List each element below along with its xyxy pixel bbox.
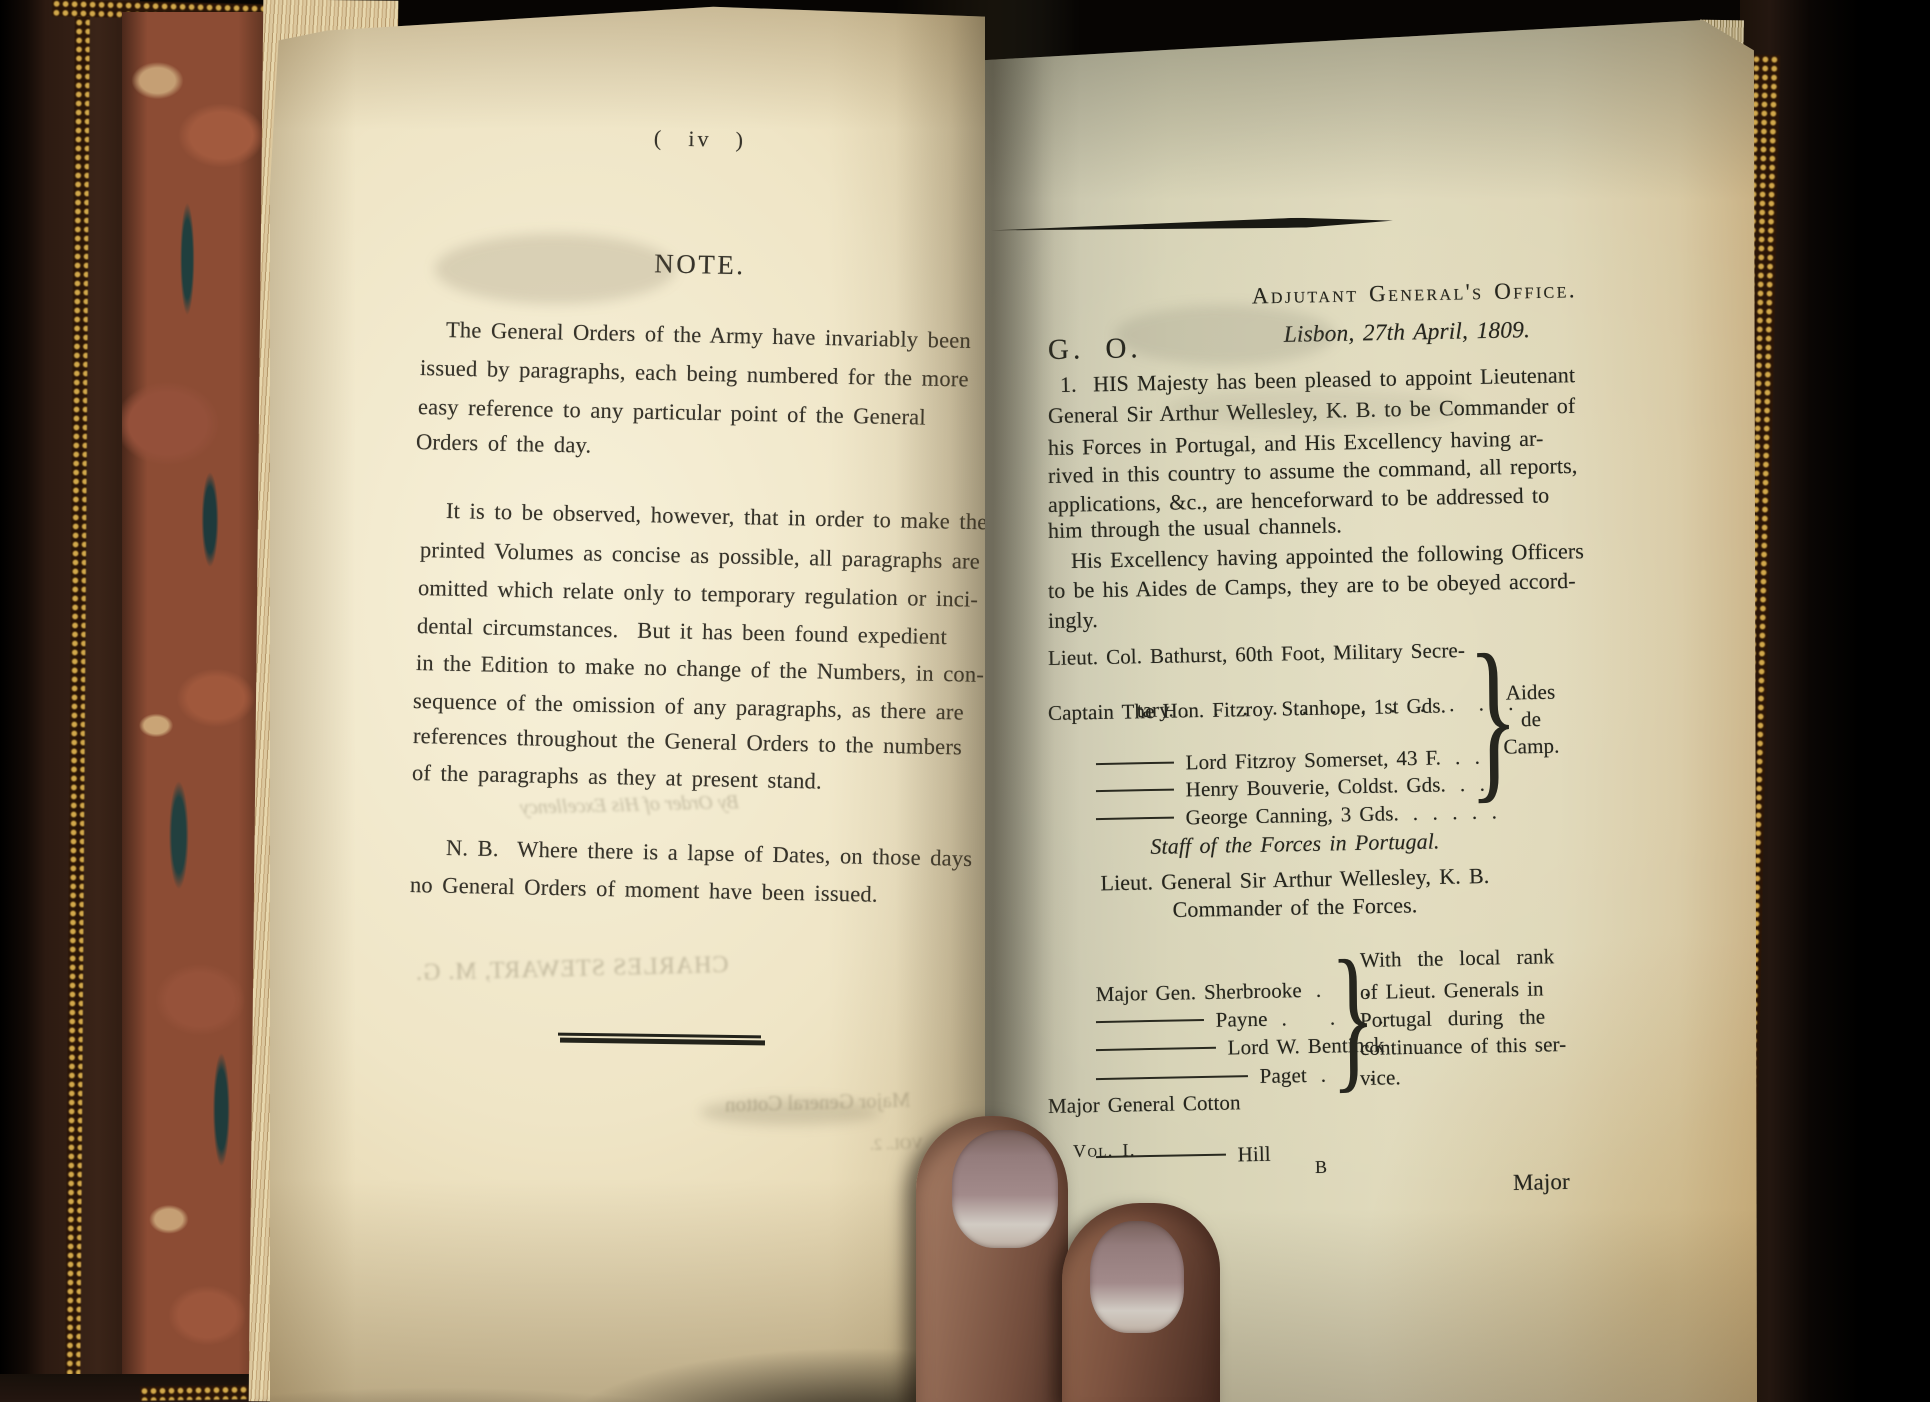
ditto-dash	[1096, 817, 1174, 820]
showthrough-smudge	[435, 234, 675, 304]
list-item-label: Hill	[1237, 1142, 1271, 1167]
showthrough-text: By Order of His Excellency	[520, 791, 740, 820]
brace-label-line: Aides	[1505, 680, 1555, 705]
text-line: omitted which relate only to temporary r…	[418, 575, 979, 613]
brace-label-line: Camp.	[1503, 734, 1559, 759]
local-rank-note: vice.	[1360, 1065, 1401, 1091]
showthrough-smudge	[1165, 388, 1465, 428]
volume-label: Vol. I.	[1073, 1140, 1136, 1162]
fingernail	[1090, 1221, 1184, 1333]
folio-label: ( iv )	[450, 121, 950, 157]
list-item: Major General Cotton	[1048, 1090, 1241, 1119]
text-line: him through the usual channels.	[1048, 512, 1342, 544]
catchword: Major	[1513, 1169, 1570, 1196]
local-rank-note: of Lieut. Generals in	[1360, 976, 1544, 1005]
thumb	[916, 1116, 1068, 1402]
ditto-dash	[1096, 1075, 1248, 1080]
text-line: N. B. Where there is a lapse of Dates, o…	[446, 835, 973, 872]
text-line: issued by paragraphs, each being numbere…	[420, 355, 969, 392]
text-line: sequence of the omission of any paragrap…	[413, 688, 964, 726]
book-photo: ( iv ) NOTE. The General Orders of the A…	[0, 0, 1930, 1402]
showthrough-text: VOL. 2.	[870, 1135, 923, 1154]
left-page: ( iv ) NOTE. The General Orders of the A…	[270, 4, 985, 1402]
right-page: Adjutant General's Office. Lisbon, 27th …	[985, 20, 1757, 1402]
office-heading: Adjutant General's Office.	[1225, 277, 1577, 310]
thumbnail	[952, 1130, 1058, 1248]
showthrough-text: CHARLES STEWART, M. G.	[415, 952, 729, 987]
text-line: in the Edition to make no change of the …	[416, 650, 985, 688]
text-line: easy reference to any particular point o…	[418, 394, 926, 431]
text-line: of the paragraphs as they at present sta…	[412, 760, 822, 795]
brace-label-line: de	[1521, 707, 1541, 731]
showthrough-smudge	[700, 1099, 880, 1125]
text-line: references throughout the General Orders…	[413, 723, 963, 760]
list-item: Lieut. Col. Bathurst, 60th Foot, Militar…	[1048, 638, 1465, 671]
text-line: The General Orders of the Army have inva…	[446, 317, 971, 354]
signature-mark: B	[1315, 1157, 1328, 1178]
text-line: Orders of the day.	[416, 429, 592, 459]
text-line: no General Orders of moment have been is…	[410, 872, 878, 908]
finger	[1062, 1203, 1220, 1402]
local-rank-note: Portugal during the	[1360, 1004, 1546, 1033]
text-line: ingly.	[1048, 607, 1098, 634]
showthrough-smudge	[1115, 305, 1335, 365]
text-line: dental circumstances. But it has been fo…	[417, 613, 948, 650]
text-line: printed Volumes as concise as possible, …	[420, 537, 980, 575]
brace-label: Aides de Camp.	[1484, 678, 1578, 761]
text-line: It is to be observed, however, that in o…	[446, 498, 988, 535]
local-rank-note: continuance of this ser-	[1360, 1032, 1567, 1061]
decorative-rule	[991, 216, 1393, 234]
list-item-label: George Canning, 3 Gds.	[1185, 801, 1399, 829]
local-rank-note: With the local rank	[1360, 944, 1555, 973]
list-item-label: Paget	[1259, 1063, 1307, 1088]
marbled-endpaper	[122, 12, 264, 1384]
section-rule	[560, 1038, 765, 1046]
text-line: to be his Aides de Camps, they are to be…	[1048, 568, 1576, 604]
